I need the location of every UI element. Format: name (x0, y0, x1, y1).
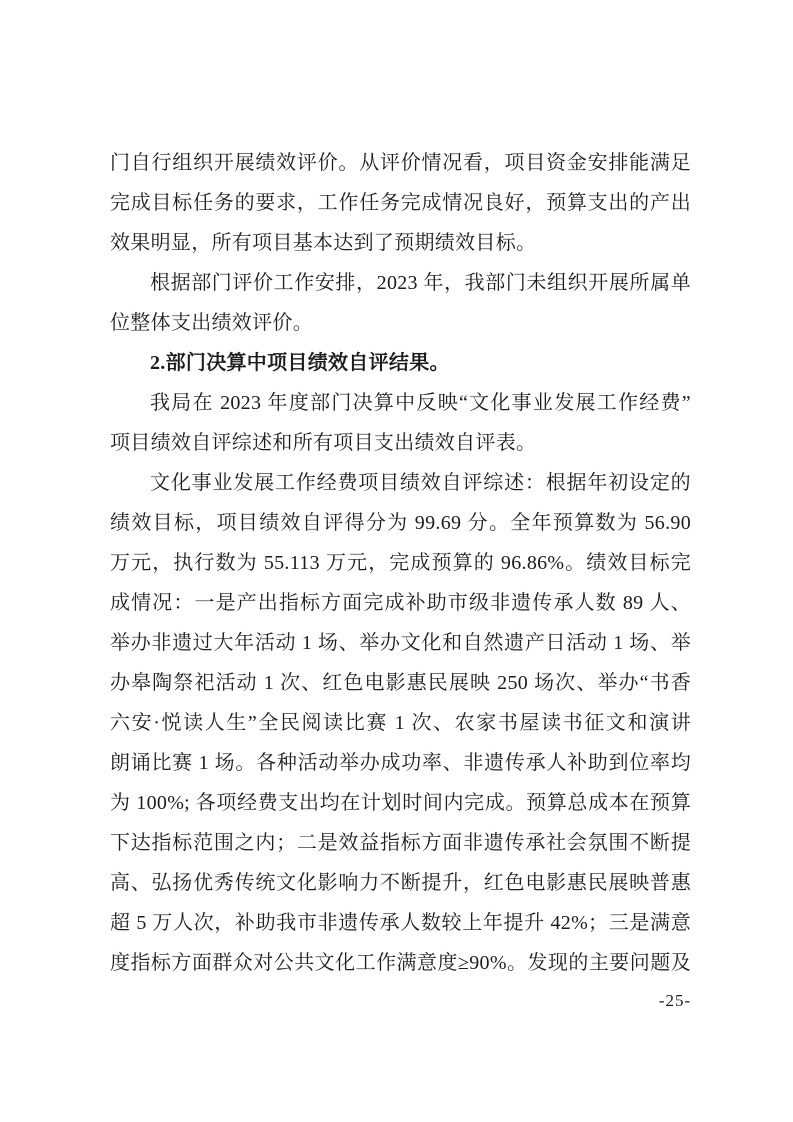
page-number: -25- (640, 991, 710, 1011)
text-line: 高、弘扬优秀传统文化影响力不断提升，红色电影惠民展映普惠 (110, 863, 691, 903)
text-line: 文化事业发展工作经费项目绩效自评综述：根据年初设定的 (110, 463, 691, 503)
text-line: 我局在 2023 年度部门决算中反映“文化事业发展工作经费” (110, 383, 691, 423)
text-line: 门自行组织开展绩效评价。从评价情况看，项目资金安排能满足 (110, 143, 691, 183)
text-line: 根据部门评价工作安排，2023 年，我部门未组织开展所属单 (110, 263, 691, 303)
document-page: 门自行组织开展绩效评价。从评价情况看，项目资金安排能满足 完成目标任务的要求，工… (0, 0, 793, 1122)
text-line: 位整体支出绩效评价。 (110, 303, 691, 343)
document-body: 门自行组织开展绩效评价。从评价情况看，项目资金安排能满足 完成目标任务的要求，工… (110, 143, 691, 983)
text-line: 项目绩效自评综述和所有项目支出绩效自评表。 (110, 423, 691, 463)
text-line: 度指标方面群众对公共文化工作满意度≥90%。发现的主要问题及 (110, 943, 691, 983)
text-line: 举办非遗过大年活动 1 场、举办文化和自然遗产日活动 1 场、举 (110, 623, 691, 663)
text-line: 超 5 万人次，补助我市非遗传承人数较上年提升 42%；三是满意 (110, 903, 691, 943)
text-line: 效果明显，所有项目基本达到了预期绩效目标。 (110, 223, 691, 263)
text-line: 为 100%; 各项经费支出均在计划时间内完成。预算总成本在预算 (110, 783, 691, 823)
text-line: 完成目标任务的要求，工作任务完成情况良好，预算支出的产出 (110, 183, 691, 223)
section-heading-2: 2.部门决算中项目绩效自评结果。 (110, 343, 691, 383)
text-line: 成情况：一是产出指标方面完成补助市级非遗传承人数 89 人、 (110, 583, 691, 623)
text-line: 办皋陶祭祀活动 1 次、红色电影惠民展映 250 场次、举办“书香 (110, 663, 691, 703)
text-line: 下达指标范围之内；二是效益指标方面非遗传承社会氛围不断提 (110, 823, 691, 863)
text-line: 朗诵比赛 1 场。各种活动举办成功率、非遗传承人补助到位率均 (110, 743, 691, 783)
text-line: 万元，执行数为 55.113 万元，完成预算的 96.86%。绩效目标完 (110, 543, 691, 583)
text-line: 六安·悦读人生”全民阅读比赛 1 次、农家书屋读书征文和演讲 (110, 703, 691, 743)
text-line: 绩效目标，项目绩效自评得分为 99.69 分。全年预算数为 56.90 (110, 503, 691, 543)
